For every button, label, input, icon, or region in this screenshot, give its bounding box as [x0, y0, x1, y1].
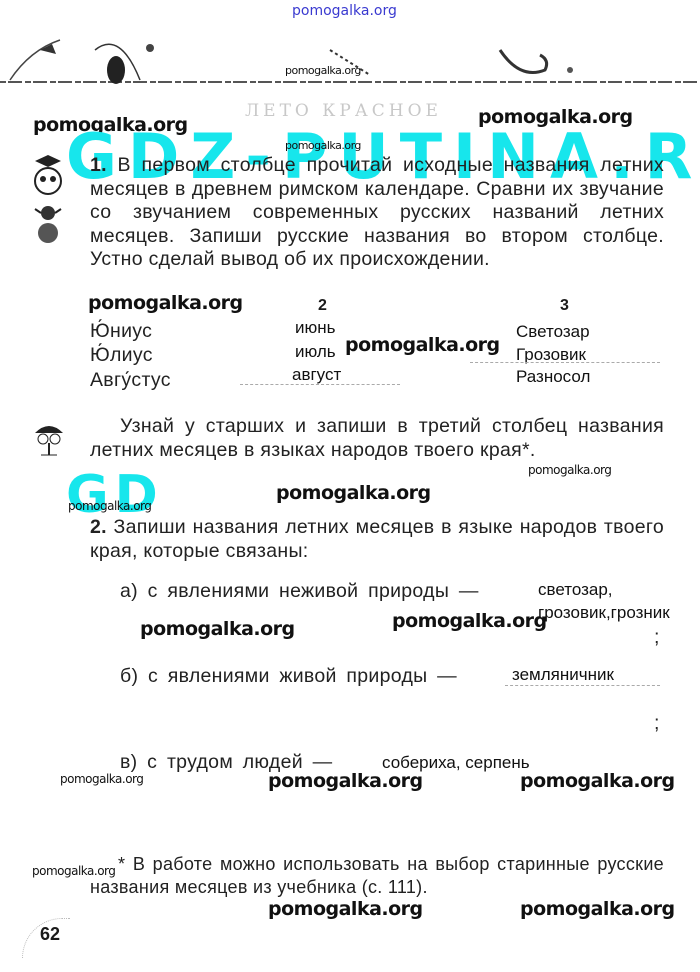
answer-line — [505, 685, 660, 686]
watermark: pomogalka.org — [88, 292, 243, 314]
top-watermark: pomogalka.org — [292, 3, 397, 19]
watermark: pomogalka.org — [528, 463, 611, 477]
watermark: pomogalka.org — [276, 482, 431, 504]
task2-item-a-end: ; — [654, 626, 660, 650]
banner-watermark: pomogalka.org — [285, 64, 361, 77]
russian-month-1[interactable]: июнь — [295, 318, 336, 338]
children-icon — [30, 202, 66, 246]
footnote-text: * В работе можно использовать на выбор с… — [90, 853, 664, 899]
folk-month-3[interactable]: Разносол — [516, 367, 590, 387]
page-number: 62 — [40, 924, 60, 945]
answer-line — [240, 384, 400, 385]
watermark: pomogalka.org — [392, 610, 547, 632]
task1-number: 1. — [90, 154, 107, 176]
task1-text: В первом столбце прочитай исходные назва… — [90, 154, 664, 270]
folk-month-1[interactable]: Светозар — [516, 322, 590, 342]
task1-instructions: 1. В первом столбце прочитай исходные на… — [90, 154, 664, 272]
family-icon — [28, 418, 70, 458]
answer-line — [470, 362, 660, 363]
task2-item-b-end: ; — [654, 712, 660, 736]
owl-scholar-icon — [30, 152, 66, 198]
watermark: pomogalka.org — [140, 618, 295, 640]
column-header-3: 3 — [560, 297, 569, 315]
extra-task-text: Узнай у старших и запиши в третий столбе… — [90, 415, 664, 462]
header-illustration — [0, 20, 700, 90]
task2-item-a-answer-line2[interactable]: грозовик,грозник — [538, 603, 670, 623]
roman-month-2: Ю́лиус — [90, 344, 153, 368]
task2-item-b-label: б) с явлениями живой природы — — [120, 665, 457, 689]
watermark: pomogalka.org — [60, 772, 143, 786]
task2-item-a-answer[interactable]: светозар, — [538, 580, 613, 600]
task2-item-b-answer[interactable]: земляничник — [512, 665, 614, 685]
column-header-2: 2 — [318, 297, 327, 315]
section-title: ЛЕТО КРАСНОЕ — [245, 101, 442, 121]
russian-month-2[interactable]: июль — [295, 342, 336, 362]
watermark: pomogalka.org — [520, 898, 675, 920]
task2-number: 2. — [90, 516, 107, 538]
watermark: pomogalka.org — [68, 499, 151, 513]
watermark: pomogalka.org — [520, 770, 675, 792]
watermark: pomogalka.org — [268, 770, 423, 792]
task2-text: Запиши названия летних месяцев в языке н… — [90, 516, 664, 562]
watermark: pomogalka.org — [268, 898, 423, 920]
roman-month-1: Ю́ниус — [90, 320, 152, 344]
watermark: pomogalka.org — [345, 334, 500, 356]
roman-month-3: Авгу́стус — [90, 369, 171, 393]
task2-instructions: 2. Запиши названия летних месяцев в язык… — [90, 516, 664, 563]
russian-month-3[interactable]: август — [292, 365, 341, 385]
watermark: pomogalka.org — [285, 139, 361, 152]
task2-item-a-label: а) с явлениями неживой природы — — [120, 580, 479, 604]
